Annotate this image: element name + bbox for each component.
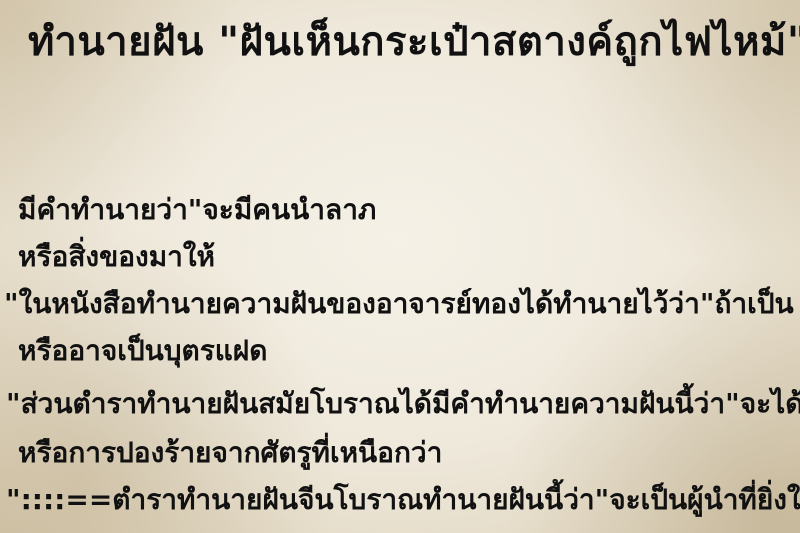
prediction-line-7: "::::==ตำราทำนายฝันจีนโบราณทำนายฝันนี้ว่… bbox=[6, 480, 800, 520]
prediction-line-1: มีคำทำนายว่า"จะมีคนนำลาภ bbox=[18, 190, 376, 230]
prediction-line-5: "ส่วนตำราทำนายฝันสมัยโบราณได้มีคำทำนายคว… bbox=[6, 384, 800, 424]
prediction-line-2: หรือสิ่งของมาให้ bbox=[18, 237, 215, 277]
prediction-line-3: "ในหนังสือทำนายความฝันของอาจารย์ทองได้ทำ… bbox=[4, 284, 794, 324]
prediction-line-6: หรือการปองร้ายจากศัตรูที่เหนือกว่า bbox=[18, 433, 442, 473]
prediction-line-4: หรืออาจเป็นบุตรแฝด bbox=[18, 331, 267, 371]
page-title: ทำนายฝัน "ฝันเห็นกระเป๋าสตางค์ถูกไฟไหม้" bbox=[28, 12, 800, 72]
